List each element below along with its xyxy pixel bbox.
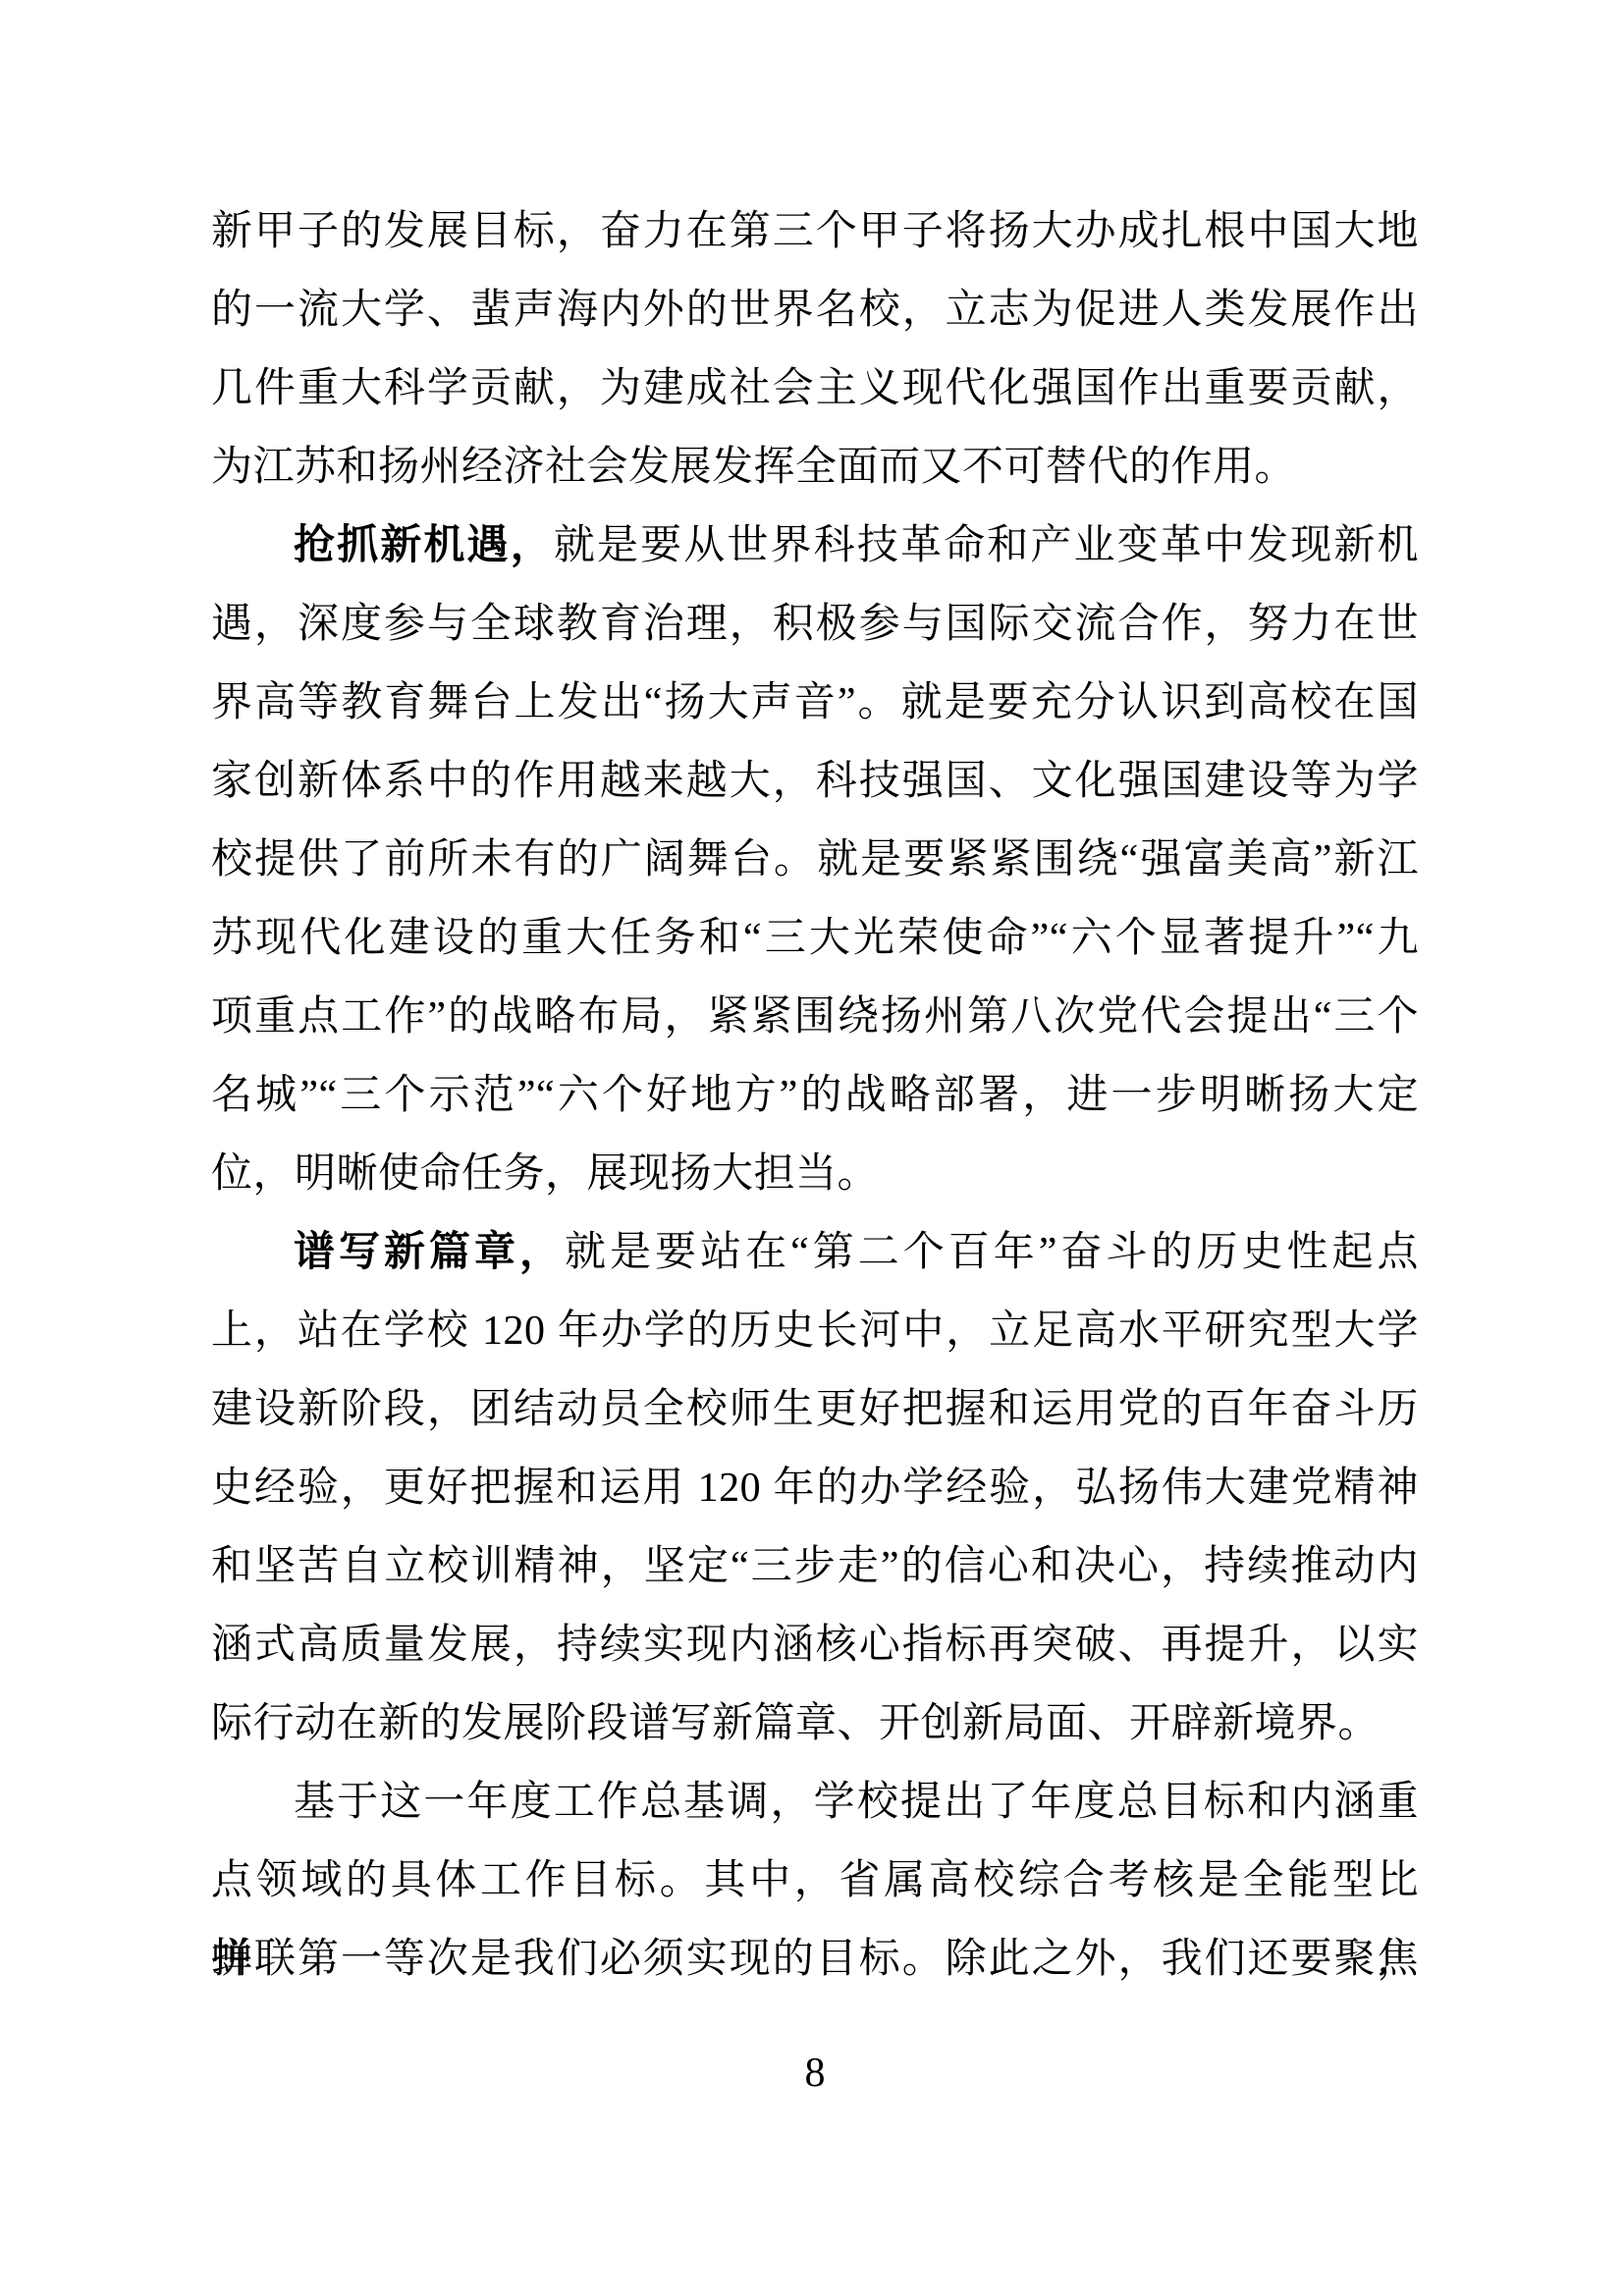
text-line: 苏现代化建设的重大任务和“三大光荣使命”“六个显著提升”“九 (211, 899, 1419, 978)
text-line: 谱写新篇章，就是要站在“第二个百年”奋斗的历史性起点 (211, 1213, 1419, 1292)
page-number: 8 (805, 2051, 826, 2096)
text-line: 家创新体系中的作用越来越大，科技强国、文化强国建设等为学 (211, 742, 1419, 821)
text-line: 几件重大科学贡献，为建成社会主义现代化强国作出重要贡献， (211, 349, 1419, 428)
text-line: 位，明晰使命任务，展现扬大担当。 (211, 1135, 1419, 1213)
text-line: 和坚苦自立校训精神，坚定“三步走”的信心和决心，持续推动内 (211, 1527, 1419, 1606)
line-text: 就是要站在“第二个百年”奋斗的历史性起点 (565, 1230, 1419, 1275)
text-line: 校提供了前所未有的广阔舞台。就是要紧紧围绕“强富美高”新江 (211, 821, 1419, 899)
text-line: 名城”“三个示范”“六个好地方”的战略部署，进一步明晰扬大定 (211, 1056, 1419, 1135)
document-page: 新甲子的发展目标，奋力在第三个甲子将扬大办成扎根中国大地 的一流大学、蜚声海内外… (0, 0, 1624, 2296)
text-line: 的一流大学、蜚声海内外的世界名校，立志为促进人类发展作出 (211, 271, 1419, 349)
text-line: 抢抓新机遇，就是要从世界科技革命和产业变革中发现新机 (211, 507, 1419, 585)
text-line: 涵式高质量发展，持续实现内涵核心指标再突破、再提升，以实 (211, 1606, 1419, 1684)
page-body: 新甲子的发展目标，奋力在第三个甲子将扬大办成扎根中国大地 的一流大学、蜚声海内外… (211, 192, 1419, 1999)
text-line: 基于这一年度工作总基调，学校提出了年度总目标和内涵重 (211, 1763, 1419, 1842)
paragraph-lead-bold: 谱写新篇章， (294, 1230, 565, 1275)
text-line: 为江苏和扬州经济社会发展发挥全面而又不可替代的作用。 (211, 428, 1419, 507)
text-line: 际行动在新的发展阶段谱写新篇章、开创新局面、开辟新境界。 (211, 1684, 1419, 1763)
page-footer: 8 (211, 2034, 1419, 2112)
text-line: 上，站在学校 120 年办学的历史长河中，立足高水平研究型大学 (211, 1292, 1419, 1370)
text-line: 建设新阶段，团结动员全校师生更好把握和运用党的百年奋斗历 (211, 1370, 1419, 1449)
paragraph-lead-bold: 抢抓新机遇， (294, 523, 554, 568)
line-text: 就是要从世界科技革命和产业变革中发现新机 (554, 523, 1419, 568)
text-line: 新甲子的发展目标，奋力在第三个甲子将扬大办成扎根中国大地 (211, 192, 1419, 271)
text-line: 蝉联第一等次是我们必须实现的目标。除此之外，我们还要聚焦 (211, 1920, 1419, 1999)
text-line: 项重点工作”的战略布局，紧紧围绕扬州第八次党代会提出“三个 (211, 978, 1419, 1056)
text-line: 史经验，更好把握和运用 120 年的办学经验，弘扬伟大建党精神 (211, 1449, 1419, 1527)
text-line: 遇，深度参与全球教育治理，积极参与国际交流合作，努力在世 (211, 585, 1419, 664)
text-line: 点领域的具体工作目标。其中，省属高校综合考核是全能型比拼， (211, 1842, 1419, 1920)
text-line: 界高等教育舞台上发出“扬大声音”。就是要充分认识到高校在国 (211, 664, 1419, 742)
